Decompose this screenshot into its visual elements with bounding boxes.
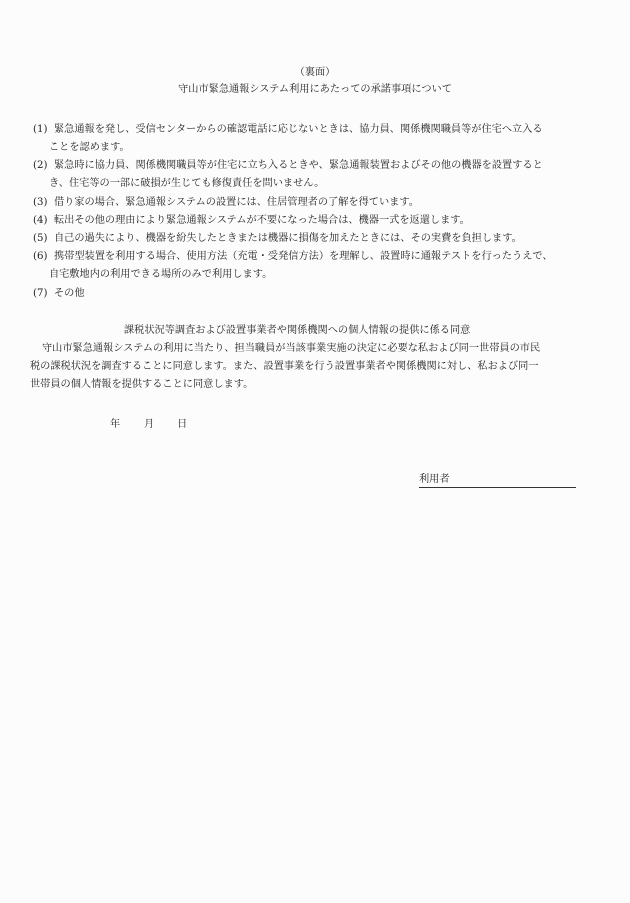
- item-number: (4): [33, 212, 47, 230]
- item-text: き、住宅等の一部に破損が生じても修復責任を問いません。: [49, 175, 324, 193]
- document-title: 守山市緊急通報システム利用にあたっての承諾事項について: [0, 81, 630, 99]
- item-number: (3): [33, 194, 47, 212]
- item-number: (5): [33, 230, 47, 248]
- document-page: （裏面） 守山市緊急通報システム利用にあたっての承諾事項について (1) 緊急通…: [0, 0, 630, 903]
- item-text: その他: [54, 285, 85, 303]
- item-text: 緊急時に協力員、関係機関職員等が住宅に立ち入るときや、緊急通報装置およびその他の…: [54, 157, 543, 175]
- month-label: 月: [144, 416, 154, 434]
- consent-text-line: 守山市緊急通報システムの利用に当たり、担当職員が当該事業実施の決定に必要な私およ…: [42, 340, 540, 358]
- item-number: (7): [33, 285, 47, 303]
- item-text: 転出その他の理由により緊急通報システムが不要になった場合は、機器一式を返還します…: [54, 212, 470, 230]
- item-text: 自宅敷地内の利用できる場所のみで利用します。: [49, 266, 272, 284]
- year-label: 年: [110, 416, 120, 434]
- consent-text-line: 世帯員の個人情報を提供することに同意します。: [30, 376, 253, 394]
- item-text: 緊急通報を発し、受信センターからの確認電話に応じないときは、協力員、関係機関職員…: [54, 121, 543, 139]
- item-text: ことを認めます。: [49, 139, 130, 157]
- day-label: 日: [177, 416, 187, 434]
- item-number: (1): [33, 121, 47, 139]
- item-number: (6): [33, 248, 47, 266]
- item-number: (2): [33, 157, 47, 175]
- consent-heading: 課税状況等調査および設置事業者や関係機関への個人情報の提供に係る同意: [124, 322, 470, 340]
- item-text: 借り家の場合、緊急通報システムの設置には、住居管理者の了解を得ています。: [54, 194, 419, 212]
- signature-field[interactable]: 利用者: [419, 472, 576, 488]
- consent-text-line: 税の課税状況を調査することに同意します。また、設置事業を行う設置事業者や関係機関…: [30, 358, 539, 376]
- item-text: 自己の過失により、機器を紛失したときまたは機器に損傷を加えたときには、その実費を…: [54, 230, 522, 248]
- side-label: （裏面）: [0, 64, 630, 82]
- item-text: 携帯型装置を利用する場合、使用方法（充電・受発信方法）を理解し、設置時に通報テス…: [54, 248, 553, 266]
- signature-label: 利用者: [419, 474, 450, 485]
